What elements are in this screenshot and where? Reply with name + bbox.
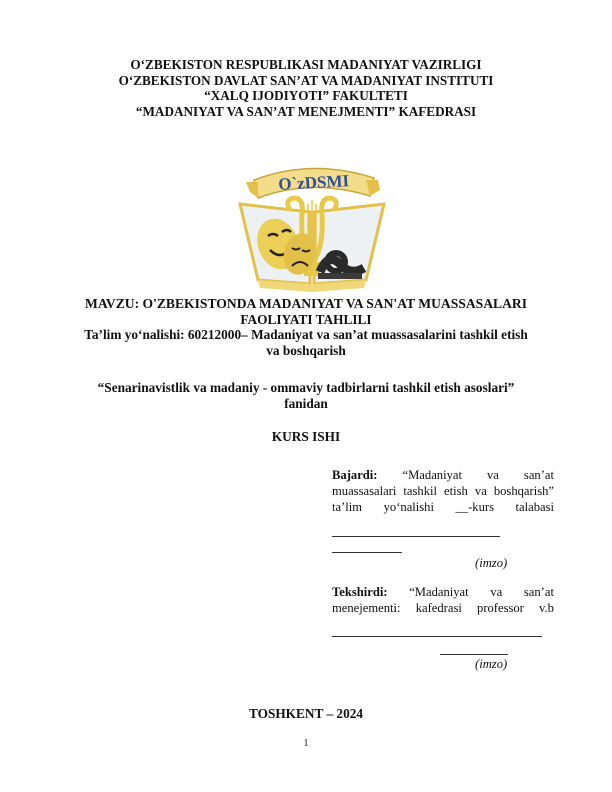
emblem-icon: O`zDSMI — [232, 152, 392, 294]
word: va — [490, 584, 502, 600]
reviewer-block: Tekshirdi: “Madaniyat va san’at menejeme… — [332, 584, 554, 616]
word: “Madaniyat — [409, 584, 468, 600]
header-line-institute: O‘ZBEKISTON DAVLAT SAN’AT VA MADANIYAT I… — [0, 73, 612, 89]
word: san’at — [524, 467, 554, 483]
topic-title-line2: FAOLIYATI TAHLILI — [0, 312, 612, 328]
word: v.b — [539, 600, 554, 616]
topic-block: MAVZU: O'ZBEKISTONDA MADANIYAT VA SAN'AT… — [0, 296, 612, 358]
performer-name-line-short — [332, 552, 402, 553]
course-subject: “Senarinavistlik va madaniy - ommaviy ta… — [0, 380, 612, 411]
performer-signature-label: (imzo) — [475, 556, 507, 571]
word: etish — [444, 483, 468, 499]
header-line-department: “MADANIYAT VA SAN’AT MENEJMENTI” KAFEDRA… — [0, 104, 612, 120]
header-line-faculty: “XALQ IJODIYOTI” FAKULTETI — [0, 88, 612, 104]
city-year: TOSHKENT – 2024 — [0, 706, 612, 722]
reviewer-line1: Tekshirdi: “Madaniyat va san’at — [332, 584, 554, 600]
word: tashkil — [403, 483, 437, 499]
performer-line1: Bajardi: “Madaniyat va san’at — [332, 467, 554, 483]
reviewer-label: Tekshirdi: — [332, 584, 388, 600]
word: “Madaniyat — [403, 467, 462, 483]
word: yo‘nalishi — [384, 499, 434, 515]
word: boshqarish” — [494, 483, 554, 499]
study-direction-line2: va boshqarish — [0, 343, 612, 359]
topic-title-line1: MAVZU: O'ZBEKISTONDA MADANIYAT VA SAN'AT… — [0, 296, 612, 312]
course-subject-line2: fanidan — [0, 396, 612, 412]
reviewer-name-line — [332, 636, 542, 637]
institute-logo: O`zDSMI — [232, 152, 392, 294]
study-direction-line1: Ta’lim yo‘nalishi: 60212000– Madaniyat v… — [0, 327, 612, 343]
course-subject-line1: “Senarinavistlik va madaniy - ommaviy ta… — [0, 380, 612, 396]
word: ta’lim — [332, 499, 362, 515]
word: muassasalari — [332, 483, 396, 499]
reviewer-signature-line — [440, 654, 508, 655]
word: __-kurs — [456, 499, 494, 515]
word: talabasi — [516, 499, 554, 515]
page-number: 1 — [0, 738, 612, 749]
word: san’at — [524, 584, 554, 600]
reviewer-line2: menejementi: kafedrasi professor v.b — [332, 600, 554, 616]
word: va — [475, 483, 487, 499]
header-line-ministry: O‘ZBEKISTON RESPUBLIKASI MADANIYAT VAZIR… — [0, 57, 612, 73]
word: professor — [477, 600, 524, 616]
performer-name-line — [332, 536, 500, 537]
reviewer-signature-label: (imzo) — [475, 657, 507, 672]
performer-line2: muassasalari tashkil etish va boshqarish… — [332, 483, 554, 499]
word: va — [487, 467, 499, 483]
performer-line3: ta’lim yo‘nalishi __-kurs talabasi — [332, 499, 554, 515]
svg-text:O`zDSMI: O`zDSMI — [278, 171, 350, 194]
word: kafedrasi — [416, 600, 462, 616]
word: menejementi: — [332, 600, 401, 616]
document-type: KURS ISHI — [0, 429, 612, 445]
performer-block: Bajardi: “Madaniyat va san’at muassasala… — [332, 467, 554, 516]
performer-label: Bajardi: — [332, 467, 377, 483]
ministry-header: O‘ZBEKISTON RESPUBLIKASI MADANIYAT VAZIR… — [0, 57, 612, 119]
